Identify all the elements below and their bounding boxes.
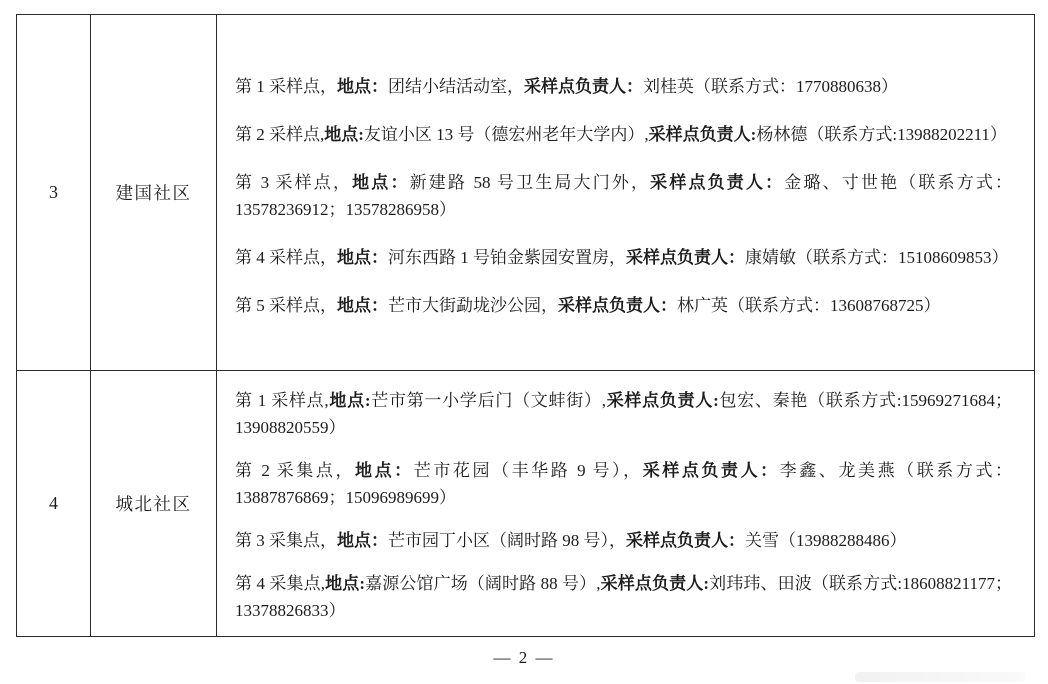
table-row: 4 城北社区 第 1 采样点,地点:芒市第一小学后门（文蚌街）,采样点负责人:包… bbox=[17, 371, 1034, 636]
community-cell: 城北社区 bbox=[91, 371, 217, 636]
text-segment: 采样点负责人： bbox=[626, 248, 745, 267]
text-segment: 地点: bbox=[325, 574, 365, 593]
text-segment: 地点： bbox=[337, 296, 388, 315]
text-segment: 第 5 采样点， bbox=[235, 296, 337, 315]
text-segment: 芒市大街勐垅沙公园， bbox=[388, 296, 558, 315]
sampling-point-line: 第 2 采集点，地点：芒市花园（丰华路 9 号），采样点负责人：李鑫、龙美燕（联… bbox=[235, 457, 1012, 511]
text-segment: 第 3 采集点， bbox=[235, 531, 337, 550]
sampling-points-cell: 第 1 采样点,地点:芒市第一小学后门（文蚌街）,采样点负责人:包宏、秦艳（联系… bbox=[217, 371, 1034, 636]
sampling-point-line: 第 1 采样点，地点：团结小结活动室，采样点负责人：刘桂英（联系方式：17708… bbox=[235, 73, 1012, 100]
text-segment: 第 4 采样点， bbox=[235, 248, 337, 267]
sampling-point-line: 第 1 采样点,地点:芒市第一小学后门（文蚌街）,采样点负责人:包宏、秦艳（联系… bbox=[235, 387, 1012, 441]
text-segment: 第 4 采集点, bbox=[235, 574, 325, 593]
text-segment: 芒市第一小学后门（文蚌街）, bbox=[371, 391, 606, 410]
text-segment: 采样点负责人: bbox=[606, 391, 719, 410]
text-segment: 杨林德（联系方式:13988202211） bbox=[756, 125, 1007, 144]
sampling-point-line: 第 5 采样点，地点：芒市大街勐垅沙公园，采样点负责人：林广英（联系方式：136… bbox=[235, 292, 1012, 319]
page-number: — 2 — bbox=[0, 648, 1048, 668]
row-index: 4 bbox=[49, 493, 58, 514]
text-segment: 团结小结活动室， bbox=[388, 77, 524, 96]
text-segment: 地点： bbox=[355, 461, 414, 480]
text-segment: 采样点负责人: bbox=[601, 574, 710, 593]
text-segment: 关雪（13988288486） bbox=[745, 531, 907, 550]
text-segment: 新建路 58 号卫生局大门外， bbox=[410, 173, 651, 192]
table-row: 3 建国社区 第 1 采样点，地点：团结小结活动室，采样点负责人：刘桂英（联系方… bbox=[17, 15, 1034, 371]
text-segment: 地点: bbox=[324, 125, 364, 144]
text-segment: 采样点负责人： bbox=[643, 461, 780, 480]
text-segment: 康婧敏（联系方式：15108609853） bbox=[745, 248, 1009, 267]
text-segment: 采样点负责人: bbox=[649, 125, 757, 144]
sampling-points-table: 3 建国社区 第 1 采样点，地点：团结小结活动室，采样点负责人：刘桂英（联系方… bbox=[16, 14, 1035, 637]
text-segment: 第 2 采样点, bbox=[235, 125, 324, 144]
text-segment: 刘桂英（联系方式：1770880638） bbox=[643, 77, 898, 96]
community-name: 城北社区 bbox=[116, 491, 192, 516]
text-segment: 林广英（联系方式：13608768725） bbox=[677, 296, 941, 315]
text-segment: 芒市园丁小区（阔时路 98 号）， bbox=[388, 531, 626, 550]
faint-watermark bbox=[855, 672, 1025, 682]
text-segment: 第 1 采样点, bbox=[235, 391, 329, 410]
text-segment: 采样点负责人： bbox=[650, 173, 784, 192]
text-segment: 芒市花园（丰华路 9 号）， bbox=[414, 461, 643, 480]
text-segment: 地点: bbox=[329, 391, 371, 410]
sampling-point-line: 第 4 采集点,地点:嘉源公馆广场（阔时路 88 号）,采样点负责人:刘玮玮、田… bbox=[235, 570, 1012, 624]
text-segment: 地点： bbox=[337, 248, 388, 267]
sampling-point-line: 第 3 采样点，地点：新建路 58 号卫生局大门外，采样点负责人：金璐、寸世艳（… bbox=[235, 169, 1012, 223]
text-segment: 采样点负责人： bbox=[524, 77, 643, 96]
text-segment: 地点： bbox=[337, 531, 388, 550]
row-index-cell: 3 bbox=[17, 15, 91, 370]
row-index-cell: 4 bbox=[17, 371, 91, 636]
sampling-point-line: 第 3 采集点，地点：芒市园丁小区（阔时路 98 号），采样点负责人：关雪（13… bbox=[235, 527, 1012, 554]
community-cell: 建国社区 bbox=[91, 15, 217, 370]
sampling-points-cell: 第 1 采样点，地点：团结小结活动室，采样点负责人：刘桂英（联系方式：17708… bbox=[217, 15, 1034, 370]
text-segment: 第 2 采集点， bbox=[235, 461, 355, 480]
text-segment: 友谊小区 13 号（德宏州老年大学内）, bbox=[364, 125, 649, 144]
sampling-point-line: 第 4 采样点，地点：河东西路 1 号铂金紫园安置房，采样点负责人：康婧敏（联系… bbox=[235, 244, 1012, 271]
sampling-point-line: 第 2 采样点,地点:友谊小区 13 号（德宏州老年大学内）,采样点负责人:杨林… bbox=[235, 121, 1012, 148]
row-index: 3 bbox=[49, 182, 58, 203]
document-page: 3 建国社区 第 1 采样点，地点：团结小结活动室，采样点负责人：刘桂英（联系方… bbox=[0, 0, 1048, 684]
text-segment: 第 1 采样点， bbox=[235, 77, 337, 96]
text-segment: 第 3 采样点， bbox=[235, 173, 352, 192]
text-segment: 采样点负责人： bbox=[558, 296, 677, 315]
text-segment: 采样点负责人： bbox=[626, 531, 745, 550]
text-segment: 地点： bbox=[352, 173, 409, 192]
text-segment: 地点： bbox=[337, 77, 388, 96]
text-segment: 河东西路 1 号铂金紫园安置房， bbox=[388, 248, 626, 267]
text-segment: 嘉源公馆广场（阔时路 88 号）, bbox=[365, 574, 601, 593]
community-name: 建国社区 bbox=[116, 180, 192, 205]
